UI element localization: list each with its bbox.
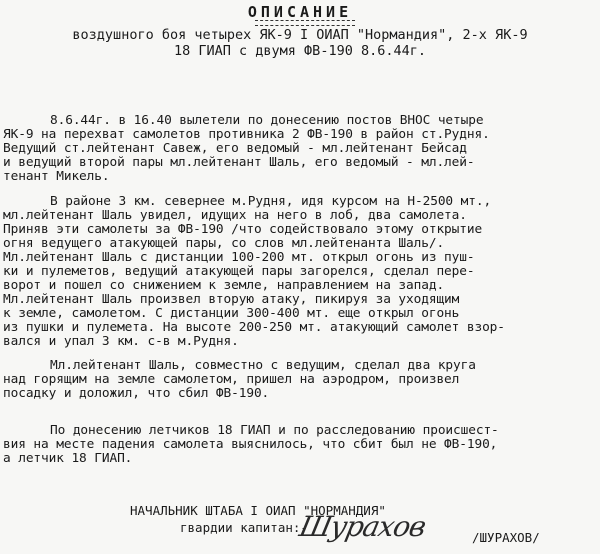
document-subtitle: воздушного боя четырех ЯК-9 I ОИАП "Норм… [0,27,600,59]
signatory-name: /ШУРАХОВ/ [472,530,540,545]
text-line: По донесению летчиков 18 ГИАП и по рассл… [50,424,499,438]
text-line: Приняв эти самолеты за ФВ-190 /что содей… [3,223,482,237]
document-page: ОПИСАНИЕ воздушного боя четырех ЯК-9 I О… [0,0,600,554]
text-line: над горящим на земле самолетом, пришел н… [3,373,459,387]
text-line: Ведущий ст.лейтенант Савеж, его ведомый … [3,142,467,156]
text-line: ки и пулеметов, ведущий атакующей пары з… [3,265,474,279]
text-line: Мл.лейтенант Шаль произвел вторую атаку,… [3,293,459,307]
text-line: посадку и доложил, что сбил ФВ-190. [3,387,269,401]
text-line: ворот и пошел со снижением к земле, напр… [3,279,444,293]
text-line: из пушки и пулемета. На высоте 200-250 м… [3,321,505,335]
subtitle-line-1: воздушного боя четырех ЯК-9 I ОИАП "Норм… [72,27,527,43]
text-line: тенант Микель. [3,170,109,184]
text-line: огня ведущего атакующей пары, со слов мл… [3,237,444,251]
text-line: Мл.лейтенант Шаль с дистанции 100-200 мт… [3,251,474,265]
subtitle-line-2: 18 ГИАП с двумя ФВ-190 8.6.44г. [174,43,426,59]
text-line: к земле, самолетом. С дистанции 300-400 … [3,307,459,321]
text-line: Мл.лейтенант Шаль, совместно с ведущим, … [50,359,476,373]
text-line: ЯК-9 на перехват самолетов противника 2 … [3,128,490,142]
text-line: мл.лейтенант Шаль увидел, идущих на него… [3,209,467,223]
document-title: ОПИСАНИЕ [0,3,600,21]
title-underline [255,20,355,26]
text-line: вался и упал 3 км. с-в м.Рудня. [3,335,239,349]
text-line: вия на месте падения самолета выяснилось… [3,438,497,452]
signature-rank: гвардии капитан:- [180,520,308,535]
text-line: В районе 3 км. севернее м.Рудня, идя кур… [50,195,491,209]
text-line: 8.6.44г. в 16.40 вылетели по донесению п… [50,114,483,128]
text-line: и ведущий второй пары мл.лейтенант Шаль,… [3,156,474,170]
text-line: а летчик 18 ГИАП. [3,452,132,466]
handwritten-signature: Шурахов [296,510,428,543]
